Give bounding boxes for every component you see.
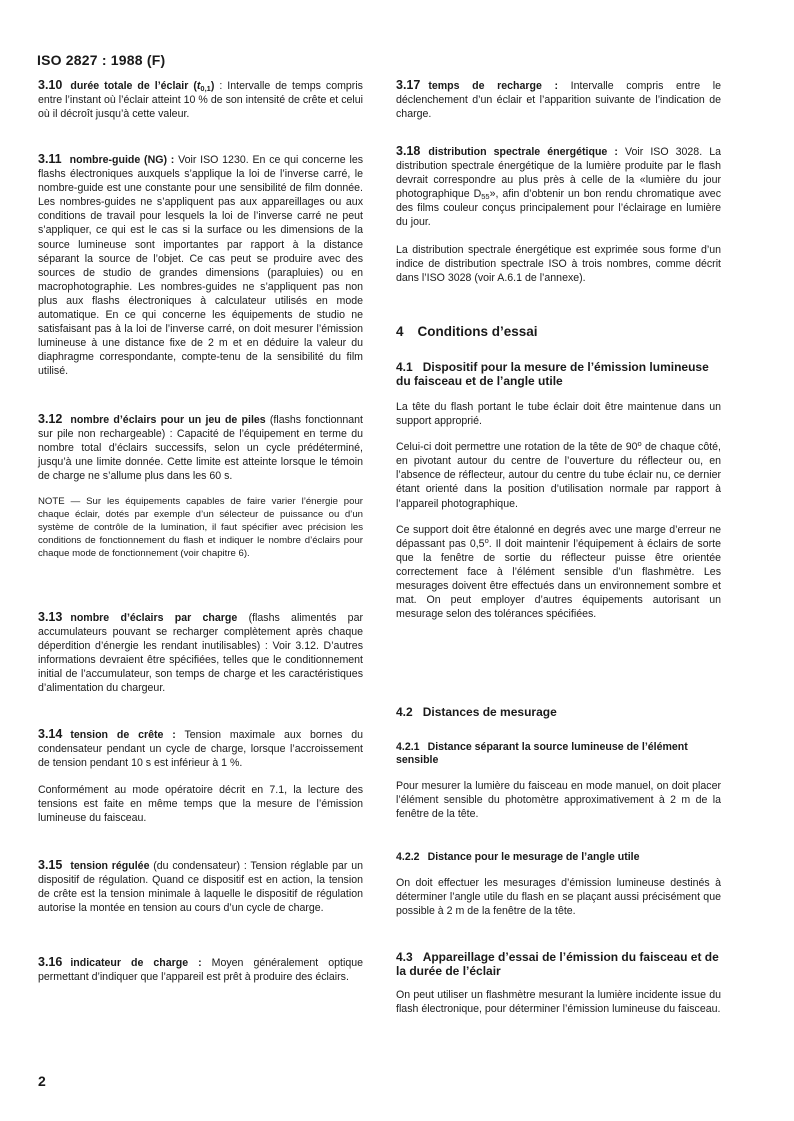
subsubsection-heading: 4.2.1Distance séparant la source lumineu… xyxy=(396,741,721,767)
clause-paragraph: Conformément au mode opératoire décrit e… xyxy=(38,783,363,825)
text: . Il doit maintenir l’équipement à éclai… xyxy=(396,538,721,620)
subscript: 55 xyxy=(481,192,489,201)
clause-body: (flashs alimentés par accumulateurs pouv… xyxy=(38,612,363,694)
section-4-heading: 4Conditions d’essai xyxy=(396,325,721,339)
subsection-number: 4.3 xyxy=(396,950,413,964)
page-number: 2 xyxy=(38,1073,46,1089)
section-number: 4 xyxy=(396,324,404,339)
clause-3-13: 3.13nombre d’éclairs par charge (flashs … xyxy=(38,610,363,696)
clause-3-18: 3.18distribution spectrale énergétique :… xyxy=(396,144,721,285)
subsection-heading: 4.3Appareillage d’essai de l’émission du… xyxy=(396,950,721,978)
clause-term: distribution spectrale énergétique : xyxy=(428,146,618,158)
section-4-1: 4.1Dispositif pour la mesure de l’émissi… xyxy=(396,360,721,621)
clause-3-17: 3.17temps de recharge : Intervalle compr… xyxy=(396,78,721,121)
section-4-2-1: 4.2.1Distance séparant la source lumineu… xyxy=(396,741,721,821)
clause-term: nombre d’éclairs pour un jeu de piles xyxy=(70,414,265,426)
paragraph: Pour mesurer la lumière du faisceau en m… xyxy=(396,779,721,821)
section-title: Conditions d’essai xyxy=(418,324,538,339)
clause-number: 3.16 xyxy=(38,955,62,969)
subsubsection-number: 4.2.2 xyxy=(396,851,420,863)
clause-3-11: 3.11nombre-guide (NG) : Voir ISO 1230. E… xyxy=(38,152,363,379)
subsection-title: Appareillage d’essai de l’émission du fa… xyxy=(396,950,719,978)
clause-term: indicateur de charge : xyxy=(70,957,201,969)
clause-term: durée totale de l’éclair (t0,1) xyxy=(70,80,214,92)
subsubsection-title: Distance pour le mesurage de l’angle uti… xyxy=(428,851,640,863)
subsection-title: Distances de mesurage xyxy=(423,705,557,719)
clause-number: 3.15 xyxy=(38,858,62,872)
section-4-3: 4.3Appareillage d’essai de l’émission du… xyxy=(396,950,721,1016)
clause-3-10: 3.10durée totale de l’éclair (t0,1) : In… xyxy=(38,78,363,121)
document-id-header: ISO 2827 : 1988 (F) xyxy=(37,52,165,68)
subsection-heading: 4.1Dispositif pour la mesure de l’émissi… xyxy=(396,360,721,388)
paragraph: On doit effectuer les mesurages d’émissi… xyxy=(396,876,721,918)
subsubsection-number: 4.2.1 xyxy=(396,741,420,753)
clause-term: temps de recharge : xyxy=(428,80,558,92)
clause-term: tension de crête : xyxy=(70,729,175,741)
clause-number: 3.17 xyxy=(396,78,420,92)
clause-number: 3.13 xyxy=(38,610,62,624)
paragraph: Celui-ci doit permettre une rotation de … xyxy=(396,440,721,510)
section-4-2-2: 4.2.2Distance pour le mesurage de l’angl… xyxy=(396,851,721,918)
clause-number: 3.12 xyxy=(38,412,62,426)
clause-paragraph: La distribution spectrale énergétique es… xyxy=(396,243,721,285)
subsubsection-heading: 4.2.2Distance pour le mesurage de l’angl… xyxy=(396,851,721,864)
clause-number: 3.11 xyxy=(38,152,62,166)
paragraph: La tête du flash portant le tube éclair … xyxy=(396,400,721,428)
clause-number: 3.18 xyxy=(396,144,420,158)
section-4-2-heading: 4.2Distances de mesurage xyxy=(396,705,721,719)
subsection-number: 4.1 xyxy=(396,360,413,374)
clause-3-15: 3.15tension régulée (du condensateur) : … xyxy=(38,858,363,915)
clause-3-16: 3.16indicateur de charge : Moyen général… xyxy=(38,955,363,984)
term-text: durée totale de l’éclair ( xyxy=(70,80,197,92)
subsubsection-title: Distance séparant la source lumineuse de… xyxy=(396,741,688,766)
subsection-number: 4.2 xyxy=(396,705,413,719)
clause-term: nombre-guide (NG) : xyxy=(70,154,175,166)
symbol-subscript: 0,1 xyxy=(200,84,210,93)
paragraph: On peut utiliser un flashmètre mesurant … xyxy=(396,988,721,1016)
clause-note: NOTE — Sur les équipements capables de f… xyxy=(38,495,363,560)
clause-3-12: 3.12nombre d’éclairs pour un jeu de pile… xyxy=(38,412,363,560)
clause-term: tension régulée xyxy=(70,860,149,872)
clause-number: 3.10 xyxy=(38,78,62,92)
clause-number: 3.14 xyxy=(38,727,62,741)
text: Celui-ci doit permettre une rotation de … xyxy=(396,441,638,453)
clause-body: Voir ISO 1230. En ce qui concerne les fl… xyxy=(38,154,363,377)
clause-3-14: 3.14tension de crête : Tension maximale … xyxy=(38,727,363,826)
clause-term: nombre d’éclairs par charge xyxy=(70,612,237,624)
subsection-title: Dispositif pour la mesure de l’émission … xyxy=(396,360,709,388)
paragraph: Ce support doit être étalonné en degrés … xyxy=(396,523,721,622)
